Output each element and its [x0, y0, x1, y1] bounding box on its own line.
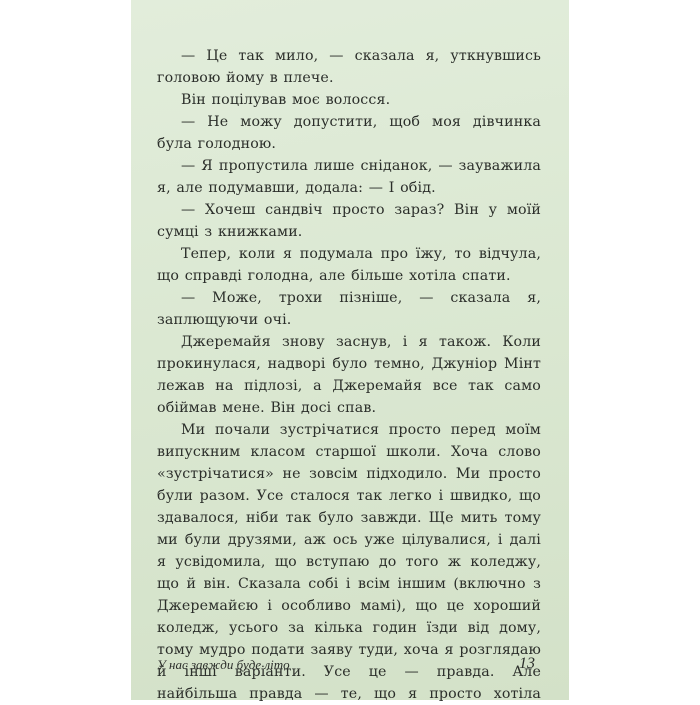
- paragraph: — Хочеш сандвіч просто зараз? Він у моїй…: [157, 199, 541, 243]
- paragraph: Він поцілував моє волосся.: [157, 89, 541, 111]
- paragraph: Джеремайя знову заснув, і я також. Коли …: [157, 331, 541, 419]
- paragraph: — Може, трохи пізніше, — сказала я, запл…: [157, 287, 541, 331]
- book-page: — Це так мило, — сказала я, уткнувшись г…: [131, 0, 569, 700]
- paragraph: — Я пропустила лише сніданок, — зауважил…: [157, 155, 541, 199]
- paragraph: — Не можу допустити, щоб моя дівчинка бу…: [157, 111, 541, 155]
- page-number: 13: [519, 655, 535, 673]
- paragraph: Тепер, коли я подумала про їжу, то відчу…: [157, 243, 541, 287]
- body-text: — Це так мило, — сказала я, уткнувшись г…: [157, 45, 541, 700]
- paragraph: — Це так мило, — сказала я, уткнувшись г…: [157, 45, 541, 89]
- running-title: У нас завжди буде літо: [157, 657, 290, 673]
